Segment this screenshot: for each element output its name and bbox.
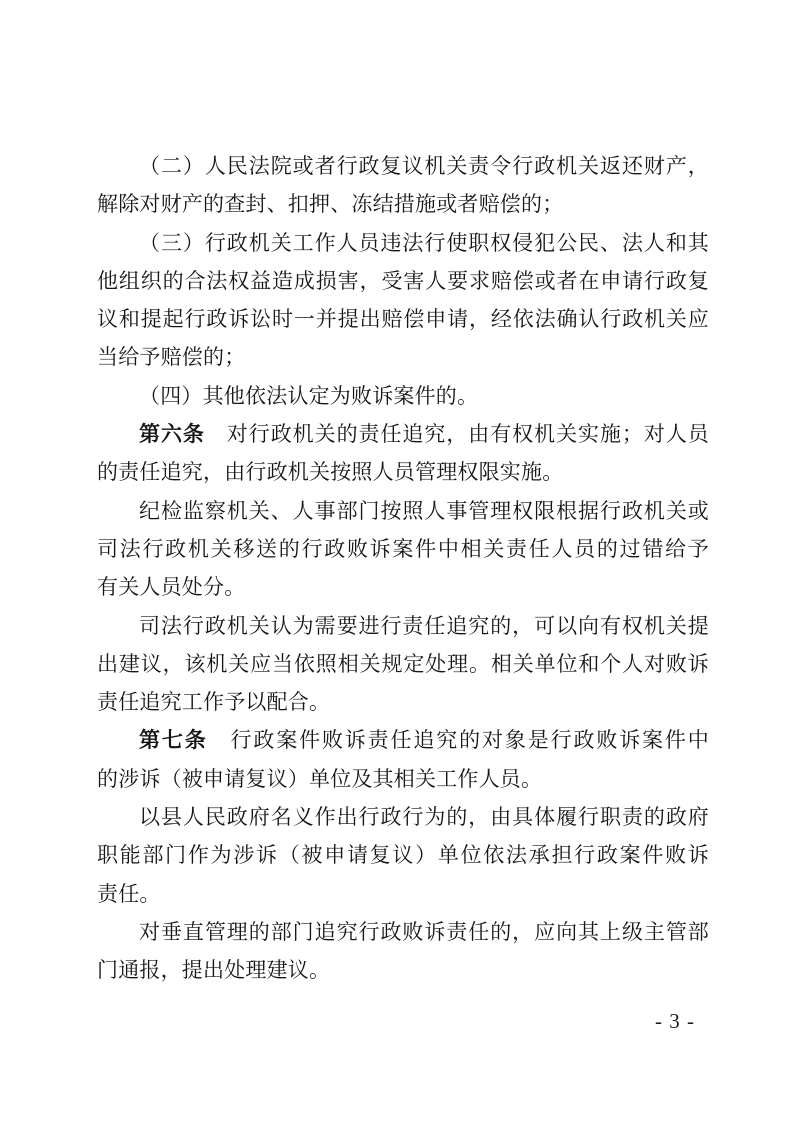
paragraph: 纪检监察机关、人事部门按照人事管理权限根据行政机关或司法行政机关移送的行政败诉案… <box>97 492 709 607</box>
page-number: - 3 - <box>655 1009 695 1033</box>
text-line: 以县人民政府名义作出行政行为的，由具体履行职责的政府 <box>97 798 709 836</box>
text-line: （二）人民法院或者行政复议机关责令行政机关返还财产， <box>97 147 709 185</box>
body-text: 责任追究工作予以配合。 <box>97 690 330 714</box>
body-text: 职能部门作为涉诉（被申请复议）单位依法承担行政案件败诉 <box>97 843 709 867</box>
body-text: 的涉诉（被申请复议）单位及其相关工作人员。 <box>97 767 542 791</box>
text-line: （三）行政机关工作人员违法行使职权侵犯公民、法人和其 <box>97 224 709 262</box>
paragraph: 第七条 行政案件败诉责任追究的对象是行政败诉案件中的涉诉（被申请复议）单位及其相… <box>97 721 709 798</box>
text-line: 解除对财产的查封、扣押、冻结措施或者赔偿的； <box>97 185 709 223</box>
body-text: （四）其他依法认定为败诉案件的。 <box>139 384 478 408</box>
paragraph: 第六条 对行政机关的责任追究，由有权机关实施；对人员的责任追究，由行政机关按照人… <box>97 415 709 492</box>
text-line: 的涉诉（被申请复议）单位及其相关工作人员。 <box>97 760 709 798</box>
body-text: 解除对财产的查封、扣押、冻结措施或者赔偿的； <box>97 192 563 216</box>
body-text: 纪检监察机关、人事部门按照人事管理权限根据行政机关或 <box>139 499 709 523</box>
text-line: 司法行政机关认为需要进行责任追究的，可以向有权机关提 <box>97 607 709 645</box>
paragraph: （四）其他依法认定为败诉案件的。 <box>97 377 709 415</box>
document-page: （二）人民法院或者行政复议机关责令行政机关返还财产，解除对财产的查封、扣押、冻结… <box>0 0 793 1122</box>
text-line: 门通报，提出处理建议。 <box>97 951 709 989</box>
text-line: 有关人员处分。 <box>97 568 709 606</box>
body-text: 出建议，该机关应当依照相关规定处理。相关单位和个人对败诉 <box>97 652 709 676</box>
document-body: （二）人民法院或者行政复议机关责令行政机关返还财产，解除对财产的查封、扣押、冻结… <box>97 147 709 990</box>
body-text: （二）人民法院或者行政复议机关责令行政机关返还财产， <box>139 154 709 178</box>
text-line: 当给予赔偿的； <box>97 338 709 376</box>
body-text: （三）行政机关工作人员违法行使职权侵犯公民、法人和其 <box>139 231 709 255</box>
body-text: 司法行政机关认为需要进行责任追究的，可以向有权机关提 <box>139 614 709 638</box>
body-text: 门通报，提出处理建议。 <box>97 958 330 982</box>
paragraph: 对垂直管理的部门追究行政败诉责任的，应向其上级主管部门通报，提出处理建议。 <box>97 913 709 990</box>
text-line: 纪检监察机关、人事部门按照人事管理权限根据行政机关或 <box>97 492 709 530</box>
body-text: 的责任追究，由行政机关按照人员管理权限实施。 <box>97 460 563 484</box>
text-line: 议和提起行政诉讼时一并提出赔偿申请，经依法确认行政机关应 <box>97 300 709 338</box>
body-text: 他组织的合法权益造成损害，受害人要求赔偿或者在申请行政复 <box>97 269 709 293</box>
body-text: 有关人员处分。 <box>97 575 245 599</box>
paragraph: 司法行政机关认为需要进行责任追究的，可以向有权机关提出建议，该机关应当依照相关规… <box>97 607 709 722</box>
text-line: 的责任追究，由行政机关按照人员管理权限实施。 <box>97 453 709 491</box>
page-footer: - 3 - <box>0 1006 695 1036</box>
article-number: 第六条 <box>139 422 205 446</box>
article-number: 第七条 <box>139 728 208 752</box>
body-text: 以县人民政府名义作出行政行为的，由具体履行职责的政府 <box>139 805 709 829</box>
text-line: 第七条 行政案件败诉责任追究的对象是行政败诉案件中 <box>97 721 709 759</box>
text-line: 出建议，该机关应当依照相关规定处理。相关单位和个人对败诉 <box>97 645 709 683</box>
body-text: 当给予赔偿的； <box>97 345 245 369</box>
text-line: 司法行政机关移送的行政败诉案件中相关责任人员的过错给予 <box>97 530 709 568</box>
paragraph: （二）人民法院或者行政复议机关责令行政机关返还财产，解除对财产的查封、扣押、冻结… <box>97 147 709 224</box>
body-text: 行政案件败诉责任追究的对象是行政败诉案件中 <box>208 728 709 752</box>
text-line: 他组织的合法权益造成损害，受害人要求赔偿或者在申请行政复 <box>97 262 709 300</box>
body-text: 对垂直管理的部门追究行政败诉责任的，应向其上级主管部 <box>139 920 709 944</box>
body-text: 议和提起行政诉讼时一并提出赔偿申请，经依法确认行政机关应 <box>97 307 709 331</box>
text-line: 对垂直管理的部门追究行政败诉责任的，应向其上级主管部 <box>97 913 709 951</box>
paragraph: 以县人民政府名义作出行政行为的，由具体履行职责的政府职能部门作为涉诉（被申请复议… <box>97 798 709 913</box>
text-line: 责任。 <box>97 875 709 913</box>
text-line: （四）其他依法认定为败诉案件的。 <box>97 377 709 415</box>
body-text: 司法行政机关移送的行政败诉案件中相关责任人员的过错给予 <box>97 537 709 561</box>
body-text: 对行政机关的责任追究，由有权机关实施；对人员 <box>205 422 709 446</box>
text-line: 责任追究工作予以配合。 <box>97 683 709 721</box>
body-text: 责任。 <box>97 882 161 906</box>
text-line: 职能部门作为涉诉（被申请复议）单位依法承担行政案件败诉 <box>97 836 709 874</box>
text-line: 第六条 对行政机关的责任追究，由有权机关实施；对人员 <box>97 415 709 453</box>
paragraph: （三）行政机关工作人员违法行使职权侵犯公民、法人和其他组织的合法权益造成损害，受… <box>97 224 709 377</box>
